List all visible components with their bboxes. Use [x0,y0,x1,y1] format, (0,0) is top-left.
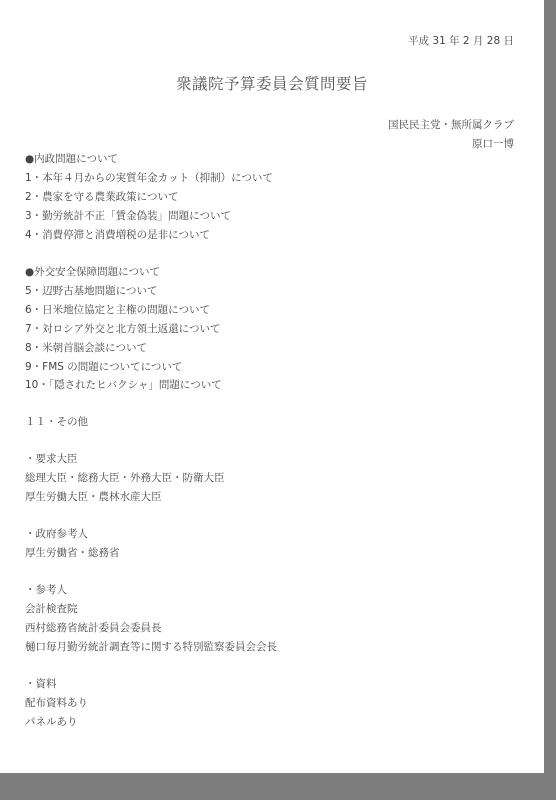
section-heading-foreign: ●外交安全保障問題について [25,265,160,279]
document-date: 平成 31 年 2 月 28 日 [408,34,514,48]
witnesses-line: 樋口毎月勤労統計調査等に関する特別監察委員会会長 [25,640,277,654]
agenda-item: 7・対ロシア外交と北方領土返還について [25,322,220,336]
agenda-item: 3・勤労統計不正「賃金偽装」問題について [25,209,231,223]
agenda-item: 9・FMS の問題についてについて [25,360,182,374]
requested-ministers-heading: ・要求大臣 [25,452,78,466]
agenda-item: 1・本年４月からの実質年金カット（抑制）について [25,171,273,185]
witnesses-line: 西村総務省統計委員会委員長 [25,621,162,635]
document-title: 衆議院予算委員会質問要旨 [0,72,544,94]
agenda-item: 4・消費停滞と消費増税の是非について [25,228,210,242]
government-witnesses-heading: ・政府参考人 [25,527,88,541]
requested-ministers-line: 厚生労働大臣・農林水産大臣 [25,490,162,504]
section-heading-domestic: ●内政問題について [25,152,118,166]
agenda-item: 10・「隠されたヒバクシャ」問題について [25,378,222,392]
author-name: 原口一博 [472,137,514,151]
agenda-item-other: １１・その他 [25,415,88,429]
witnesses-line: 会計検査院 [25,602,78,616]
requested-ministers-line: 総理大臣・総務大臣・外務大臣・防衛大臣 [25,471,225,485]
witnesses-heading: ・参考人 [25,583,67,597]
materials-heading: ・資料 [25,677,57,691]
materials-line: 配布資料あり [25,696,88,710]
government-witnesses-line: 厚生労働省・総務省 [25,546,120,560]
document-page: 平成 31 年 2 月 28 日 衆議院予算委員会質問要旨 国民民主党・無所属ク… [0,0,544,773]
party-name: 国民民主党・無所属クラブ [388,118,514,132]
agenda-item: 6・日米地位協定と主権の問題について [25,303,210,317]
agenda-item: 8・米朝首脳会談について [25,341,147,355]
agenda-item: 2・農家を守る農業政策について [25,190,178,204]
materials-line: パネルあり [25,715,78,729]
agenda-item: 5・辺野古基地問題について [25,284,157,298]
